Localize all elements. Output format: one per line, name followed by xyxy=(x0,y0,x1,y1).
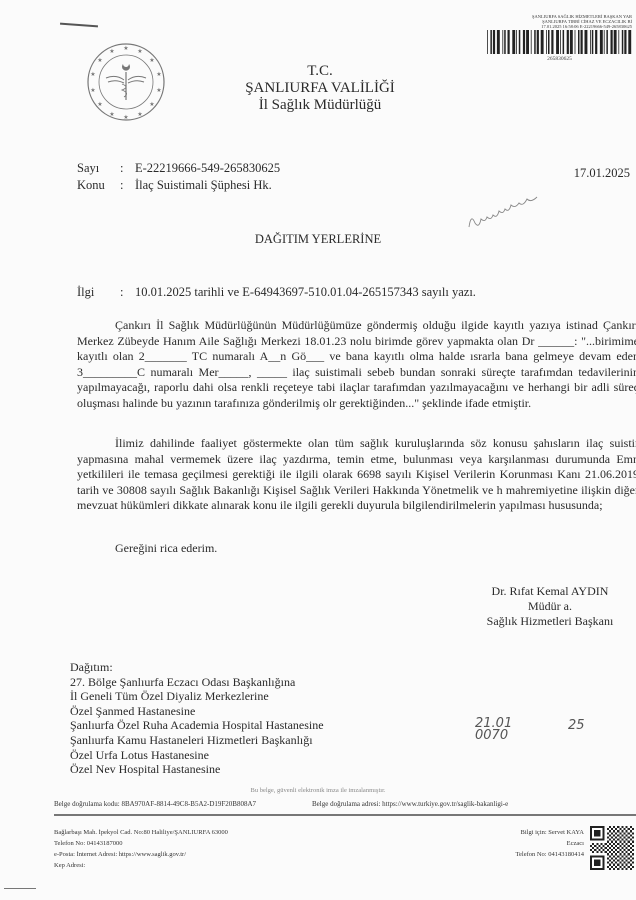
signer-title-1: Müdür a. xyxy=(470,599,630,614)
signer-name: Dr. Rıfat Kemal AYDIN xyxy=(470,584,630,599)
handwritten-received-date: 21.01 0070 xyxy=(475,718,512,742)
paragraph-1-text: Çankırı İl Sağlık Müdürlüğünün Müdürlüğü… xyxy=(77,318,636,412)
distribution-item: Şanlıurfa Kamu Hastaneleri Hizmetleri Ba… xyxy=(70,733,324,748)
svg-text:★: ★ xyxy=(97,101,102,108)
svg-text:★: ★ xyxy=(123,114,128,121)
verification-address: Belge doğrulama adresi: https://www.turk… xyxy=(312,800,508,808)
header-governorship: ŞANLIURFA VALİLİĞİ xyxy=(200,80,440,97)
svg-text:★: ★ xyxy=(149,101,154,108)
ilgi-value: 10.01.2025 tarihli ve E-64943697-510.01.… xyxy=(135,284,476,300)
paragraph-2-text: İlimiz dahilinde faaliyet göstermekte ol… xyxy=(77,436,636,514)
distribution-item: İl Geneli Tüm Özel Diyaliz Merkezlerine xyxy=(70,689,324,704)
svg-text:★: ★ xyxy=(109,111,114,118)
info-contact: Bilgi için: Servet KAYA xyxy=(515,827,584,838)
closing-line: Gereğini rica ederim. xyxy=(115,541,636,557)
footer-contact: Bağlarbaşı Mah. İpekyol Cad. No:80 Halil… xyxy=(54,827,228,871)
handwritten-date-line-2: 0070 xyxy=(475,730,512,742)
body-paragraph-2: İlimiz dahilinde faaliyet göstermekte ol… xyxy=(77,436,636,514)
electronic-stamp: ŞANLIURFA SAĞLIK HİZMETLERİ BAŞKAN YAR Ş… xyxy=(482,14,632,29)
svg-text:★: ★ xyxy=(90,71,95,78)
header-tc: T.C. xyxy=(200,63,440,80)
signer-block: Dr. Rıfat Kemal AYDIN Müdür a. Sağlık Hi… xyxy=(470,584,630,629)
svg-text:★: ★ xyxy=(137,111,142,118)
svg-text:★: ★ xyxy=(156,71,161,78)
handwritten-signature-icon xyxy=(465,193,547,233)
konu-value: İlaç Suistimali Şüphesi Hk. xyxy=(135,177,272,193)
footer-address: Bağlarbaşı Mah. İpekyol Cad. No:80 Halil… xyxy=(54,827,228,838)
distribution-item: Özel Şanmed Hastanesine xyxy=(70,704,324,719)
sayi-value: E-22219666-549-265830625 xyxy=(135,160,280,176)
signer-title-2: Sağlık Hizmetleri Başkanı xyxy=(470,614,630,629)
svg-text:★: ★ xyxy=(90,87,95,94)
konu-label: Konu xyxy=(77,177,117,193)
svg-text:★: ★ xyxy=(149,57,154,64)
distribution-title: Dağıtım: xyxy=(70,660,324,675)
distribution-item: Şanlıurfa Özel Ruha Academia Hospital Ha… xyxy=(70,718,324,733)
distribution-item: 27. Bölge Şanlıurfa Eczacı Odası Başkanl… xyxy=(70,675,324,690)
distribution-item: Özel Nev Hospital Hastanesine xyxy=(70,762,324,777)
ilgi-colon: : xyxy=(120,284,123,300)
svg-text:★: ★ xyxy=(97,57,102,64)
footer-info: Bilgi için: Servet KAYA Eczacı Telefon N… xyxy=(515,827,584,860)
esign-note: Bu belge, güvenli elektronik imza ile im… xyxy=(0,787,636,794)
barcode-number: 265830625 xyxy=(487,56,632,62)
konu-colon: : xyxy=(120,177,123,193)
svg-text:★: ★ xyxy=(123,45,128,52)
info-phone: Telefon No: 04143180414 xyxy=(515,849,584,860)
addressee: DAĞITIM YERLERİNE xyxy=(0,232,636,247)
qr-code-icon xyxy=(590,826,634,870)
footer-kep: Kep Adresi: xyxy=(54,860,228,871)
distribution-item: Özel Urfa Lotus Hastanesine xyxy=(70,748,324,763)
svg-text:★: ★ xyxy=(137,48,142,55)
svg-text:★: ★ xyxy=(109,48,114,55)
info-role: Eczacı xyxy=(515,838,584,849)
svg-text:★: ★ xyxy=(156,87,161,94)
footer-email: e-Posta: İnternet Adresi: https://www.sa… xyxy=(54,849,228,860)
header-directorate: İl Sağlık Müdürlüğü xyxy=(200,97,440,114)
bottom-mark xyxy=(4,888,36,889)
ministry-of-health-seal-icon: ★★★ ★★ ★★ ★★ ★★ ★★★ xyxy=(86,42,166,122)
pen-mark xyxy=(60,23,98,28)
footer-phone: Telefon No: 04143187000 xyxy=(54,838,228,849)
footer-divider xyxy=(54,814,636,816)
sayi-colon: : xyxy=(120,160,123,176)
stamp-line-3: 17.01.2025 16:58:06 E-22219666-549-26583… xyxy=(482,24,632,29)
distribution-list: Dağıtım: 27. Bölge Şanlıurfa Eczacı Odas… xyxy=(70,660,324,777)
sayi-label: Sayı xyxy=(77,160,117,176)
handwritten-date-year: 25 xyxy=(568,718,585,733)
document-date: 17.01.2025 xyxy=(574,166,630,181)
barcode-icon xyxy=(487,30,632,54)
body-paragraph-1: Çankırı İl Sağlık Müdürlüğünün Müdürlüğü… xyxy=(77,318,636,412)
ilgi-label: İlgi xyxy=(77,284,117,300)
verification-code: Belge doğrulama kodu: 8BA970AF-8814-49C8… xyxy=(54,800,256,808)
